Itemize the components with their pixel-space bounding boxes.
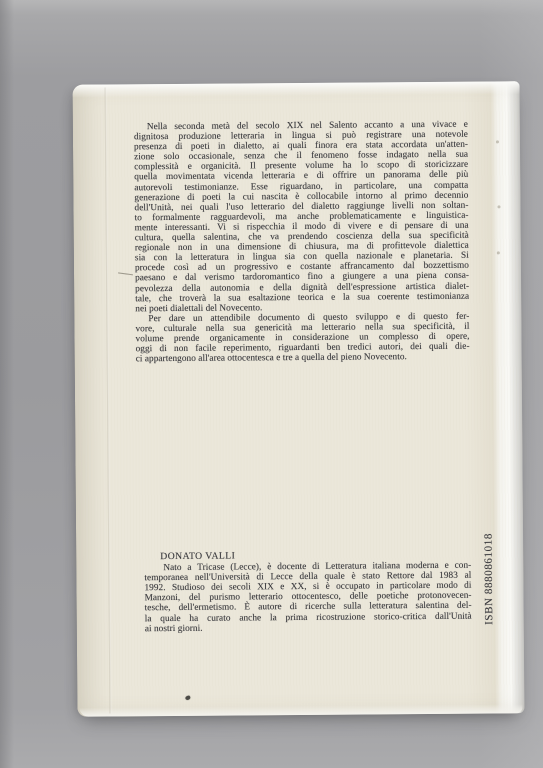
- blurb-paragraph-1: Nella seconda metà del secolo XIX nel Sa…: [134, 120, 469, 314]
- text-line: ci appartengono all'area ottocentesca e …: [136, 352, 470, 365]
- edge-dot: [497, 251, 500, 254]
- dust-speck: [185, 695, 191, 700]
- book-top-edge-highlight: [73, 81, 520, 98]
- blurb-paragraph-2: Per dare un attendibile documento di que…: [135, 311, 469, 364]
- author-bio-section: DONATO VALLI Nato a Tricase (Lecce), è d…: [144, 550, 472, 634]
- book-bottom-edge-highlight: [79, 704, 522, 716]
- text-line: ai nostri giorni.: [145, 621, 472, 634]
- back-cover-blurb: Nella seconda metà del secolo XIX nel Sa…: [134, 120, 470, 365]
- author-bio-text: Nato a Tricase (Lecce), è docente di Let…: [144, 561, 472, 634]
- edge-dot: [496, 140, 499, 143]
- spine-crease: [105, 87, 112, 713]
- edge-dot: [497, 205, 500, 208]
- isbn-label: ISBN 8880861018: [482, 519, 496, 639]
- book-back-cover: Nella seconda metà del secolo XIX nel Sa…: [73, 81, 525, 716]
- photo-scene: Nella seconda metà del secolo XIX nel Sa…: [0, 0, 543, 768]
- scratch-mark: [118, 272, 133, 275]
